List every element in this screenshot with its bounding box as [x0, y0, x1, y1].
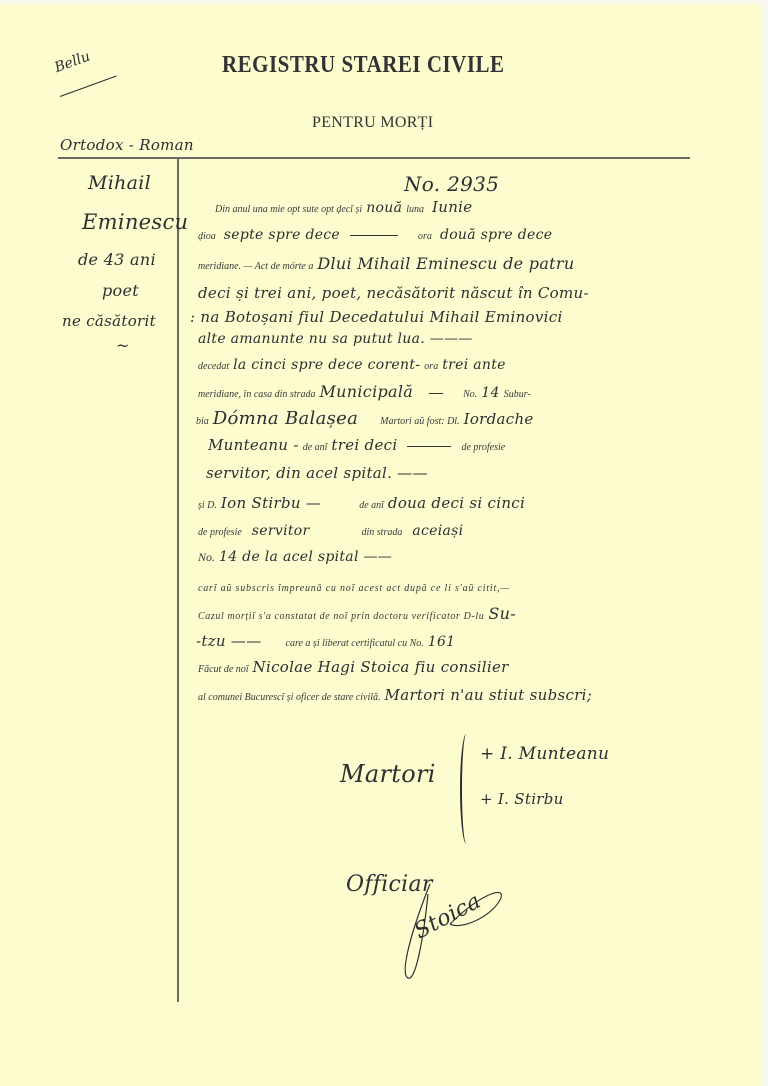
witnesses-label: Martori: [340, 760, 436, 788]
record-line: meridiane, în casa din strada Municipală…: [198, 382, 531, 402]
record-line: Cazul morțiĭ s'a constatat de noĭ prin d…: [198, 604, 516, 624]
deceased-last-name: Eminescu: [82, 210, 188, 234]
record-line: și D. Ion Stirbu — de anĭ doua deci si c…: [198, 494, 525, 513]
header-rule: [58, 157, 690, 159]
witnesses-brace: [460, 734, 476, 844]
record-line: al comunei Bucurescĭ și oficer de stare …: [198, 686, 592, 705]
witness-2-signature: + I. Stirbu: [480, 790, 564, 808]
fill-dash: [429, 393, 443, 394]
fill-dash: [350, 235, 398, 236]
register-page: Bellu REGISTRU STAREI CIVILE PENTRU MORȚ…: [0, 4, 762, 1086]
record-line: Din anul una mie opt sute opt ḑecĭ și no…: [215, 198, 472, 217]
record-line: bia Dómna Balașea Martori aŭ fost: Dl. I…: [196, 408, 534, 429]
record-line: deci și trei ani, poet, necăsătorit născ…: [198, 284, 589, 303]
record-line: de profesie servitor din strada aceiași: [198, 522, 463, 540]
corner-annotation-underline: [60, 76, 117, 97]
record-line: decedat la cinci spre dece corent- ora t…: [198, 356, 506, 374]
deceased-first-name: Mihail: [88, 172, 151, 194]
record-number: No. 2935: [404, 172, 499, 196]
record-line: Făcut de noĭ Nicolae Hagi Stoica fiu con…: [198, 658, 509, 677]
column-divider: [177, 159, 179, 1002]
record-line: Munteanu - de anĭ trei deci de profesie: [208, 436, 505, 455]
deceased-age: de 43 ani: [78, 250, 156, 269]
register-title: REGISTRU STAREI CIVILE: [222, 50, 505, 79]
signature-flourish: [390, 874, 510, 984]
fill-dash: [407, 446, 451, 447]
record-line: ḑioa septe spre dece ora două spre dece: [198, 226, 552, 244]
record-line: : na Botoșani fiul Decedatului Mihail Em…: [190, 308, 563, 327]
record-line: No. 14 de la acel spital ——: [198, 548, 392, 566]
register-subtitle: PENTRU MORȚI: [312, 114, 433, 132]
record-line: servitor, din acel spital. ——: [206, 464, 428, 483]
record-line: -tzu —— care a și liberat certificatul c…: [196, 632, 455, 651]
record-line: carĭ aŭ subscris împreună cu noĭ acest a…: [198, 578, 510, 596]
left-column-tilde: ~: [116, 336, 130, 355]
record-line: alte amanunte nu sa putut lua. ———: [198, 330, 473, 348]
witness-1-signature: + I. Munteanu: [480, 744, 609, 764]
deceased-occupation: poet: [102, 281, 139, 300]
religion-field: Ortodox - Roman: [60, 136, 194, 154]
corner-annotation: Bellu: [53, 48, 93, 76]
record-line: meridiane. — Act de mórte a Dlui Mihail …: [198, 254, 574, 274]
deceased-marital-status: ne căsătorit: [62, 312, 156, 330]
